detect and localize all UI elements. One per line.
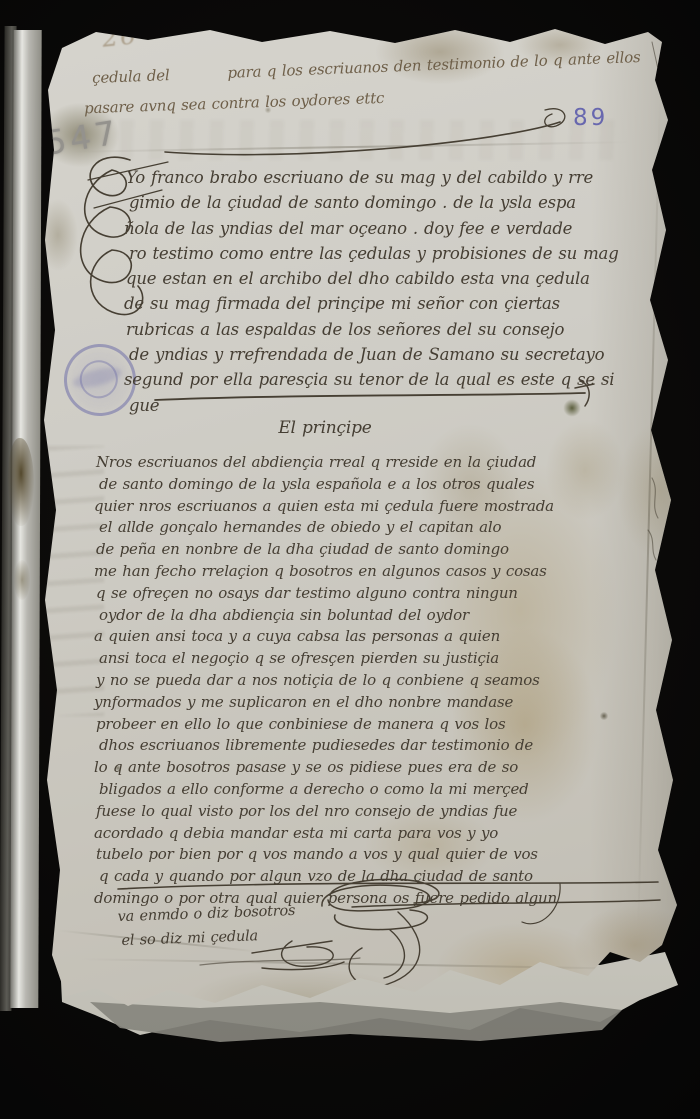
faded-corner-numeral: 26 (101, 20, 140, 53)
manuscript-line: tubelo por bien por q vos mando a vos y … (96, 844, 656, 866)
manuscript-line: el allde gonçalo hernandes de obiedo y e… (99, 517, 656, 539)
manuscript-line: q cada y quando por algun vzo de la dha … (99, 866, 656, 888)
manuscript-line: el so diz mi çedula (121, 923, 296, 953)
manuscript-line: acordado q debia mandar esta mi carta pa… (94, 823, 656, 845)
header-line-2: pasare avnq sea contra los oydores ettc (84, 85, 504, 118)
header-summary: para q los escriuanos den testimonio de … (227, 48, 641, 82)
header-bleedthrough (120, 120, 620, 160)
manuscript-line: de su mag firmada del prinçipe mi señor … (124, 291, 646, 316)
manuscript-line: bligados a ello conforme a derecho o com… (99, 779, 656, 801)
manuscript-folio: 26 89 1547 çedula delpara q los escriuan… (0, 0, 700, 1119)
header-line-1: çedula delpara q los escriuanos den test… (92, 47, 667, 87)
header-label: çedula del (92, 66, 170, 87)
manuscript-line: quier nros escriuanos a quien esta mi çe… (94, 496, 656, 518)
manuscript-line: que estan en el archibo del dho cabildo … (126, 266, 646, 291)
spine-ink-blotch-small (14, 560, 30, 600)
certification-paragraph: Yo franco brabo escriuano de su mag y de… (126, 165, 646, 418)
manuscript-line: segund por ella paresçia su tenor de la … (124, 367, 646, 392)
manuscript-line: ro testimo como entre las çedulas y prob… (129, 241, 646, 266)
manuscript-line: gue (129, 393, 646, 418)
manuscript-photo: 26 89 1547 çedula delpara q los escriuan… (0, 0, 700, 1119)
manuscript-line: a quien ansi toca y a cuya cabsa las per… (94, 626, 656, 648)
cedula-heading: El prinçipe (240, 418, 410, 438)
signature-rubric-tail (349, 912, 419, 986)
manuscript-line: rubricas a las espaldas de los señores d… (126, 317, 646, 342)
manuscript-line: oydor de la dha abdiençia sin boluntad d… (99, 605, 656, 627)
manuscript-line: probeer en ello lo que conbiniese de man… (96, 714, 656, 736)
spine-ink-blotch (8, 438, 34, 526)
folio-number: 89 (573, 105, 608, 131)
manuscript-line: de yndias y rrefrendada de Juan de Saman… (129, 342, 646, 367)
manuscript-line: ynformados y me suplicaron en el dho non… (94, 692, 656, 714)
manuscript-line: Nros escriuanos del abdiençia rreal q rr… (96, 452, 656, 474)
manuscript-line: y no se pueda dar a nos notiçia de lo q … (96, 670, 656, 692)
cedula-paragraph: Nros escriuanos del abdiençia rreal q rr… (96, 452, 656, 910)
manuscript-line: ñola de las yndias del mar oçeano . doy … (124, 216, 646, 241)
emendation-notes: va enmdo o diz bosotrosel so diz mi çedu… (117, 899, 296, 953)
manuscript-line: fuese lo qual visto por los del nro cons… (96, 801, 656, 823)
manuscript-line: gimio de la çiudad de santo domingo . de… (129, 190, 646, 215)
manuscript-line: ansi toca el negoçio q se ofresçen pierd… (99, 648, 656, 670)
manuscript-line: dhos escriuanos libremente pudiesedes da… (99, 735, 656, 757)
manuscript-line: de santo domingo de la ysla española e a… (99, 474, 656, 496)
manuscript-line: Yo franco brabo escriuano de su mag y de… (126, 165, 646, 190)
header-gap (170, 78, 228, 80)
manuscript-line: de peña en nonbre de la dha çiudad de sa… (96, 539, 656, 561)
manuscript-line: lo q ante bosotros pasase y se os pidies… (94, 757, 656, 779)
manuscript-line: q se ofreçen no osays dar testimo alguno… (96, 583, 656, 605)
manuscript-line: me han fecho rrelaçion q bosotros en alg… (94, 561, 656, 583)
